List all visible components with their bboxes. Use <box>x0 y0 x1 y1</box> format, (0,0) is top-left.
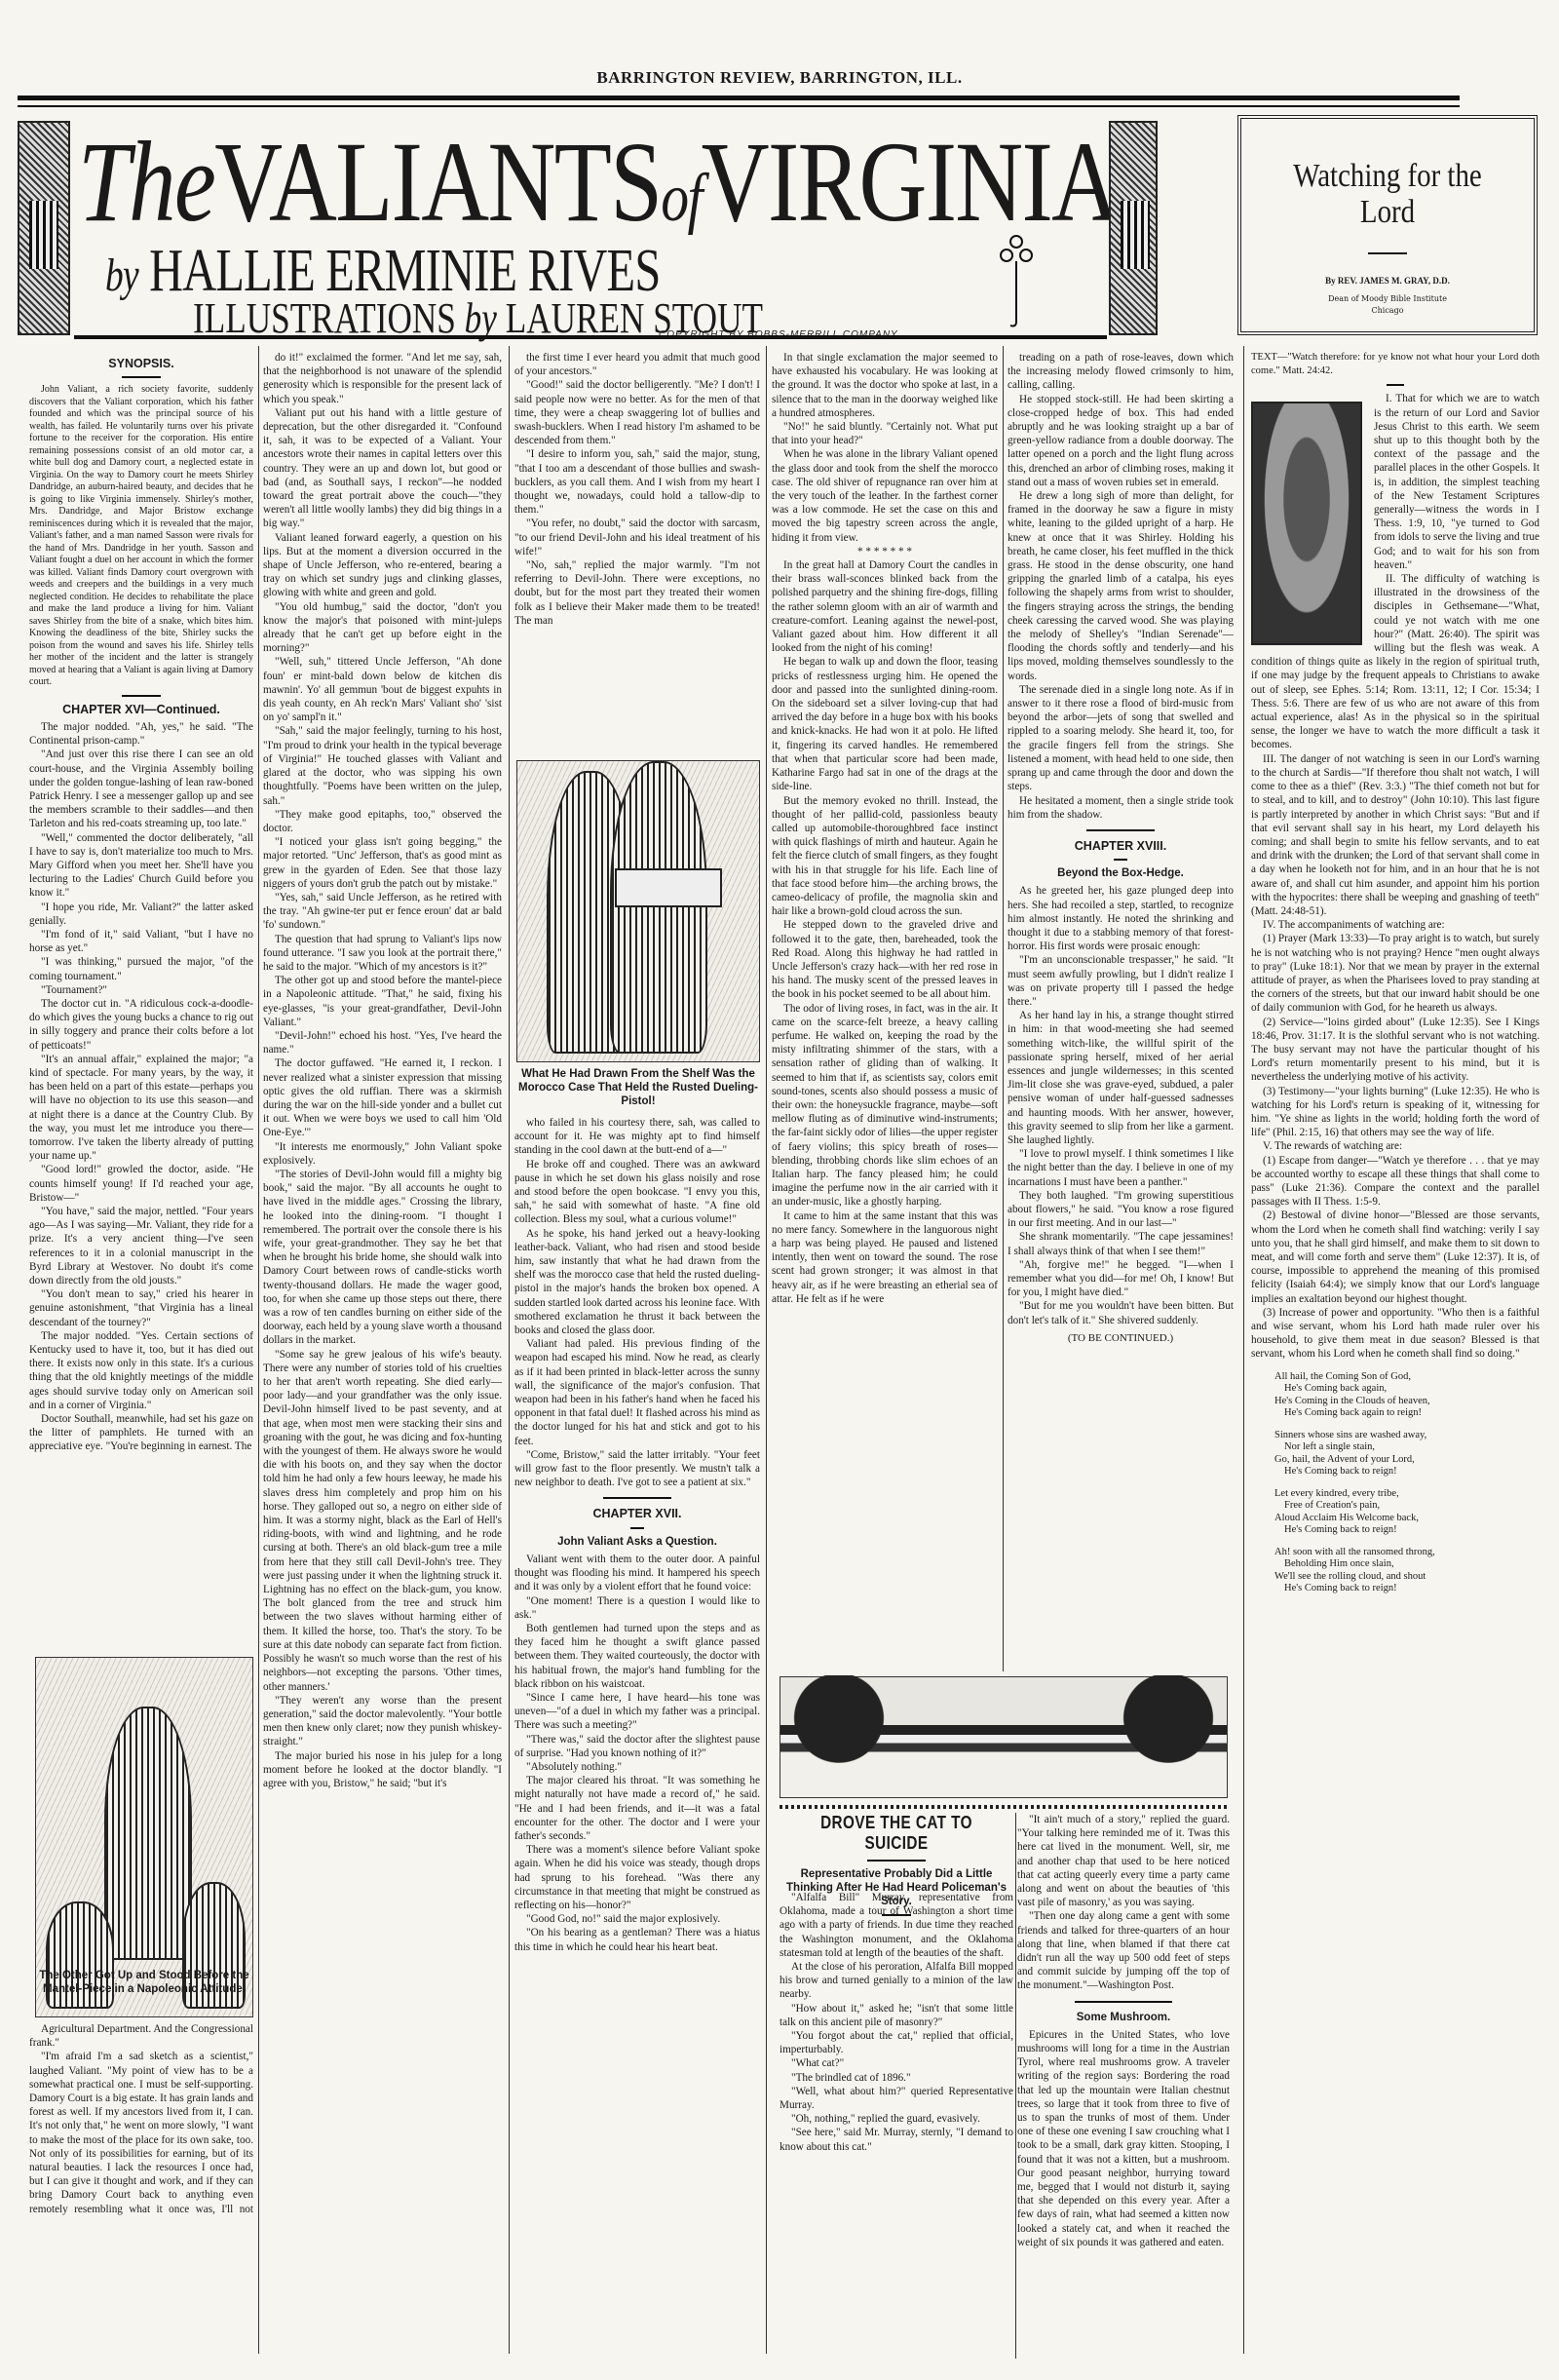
story-title: TheVALIANTSofVIRGINIA <box>78 125 1118 240</box>
masthead-rule <box>74 335 1107 339</box>
synopsis-heading: SYNOPSIS. <box>29 357 253 370</box>
poem-stanza: All hail, the Coming Son of God, He's Co… <box>1274 1371 1540 1420</box>
illustration-caption: What He Had Drawn From the Shelf Was the… <box>516 1067 760 1108</box>
illustration-caption: The Other Got Up and Stood Before the Ma… <box>35 1969 253 1996</box>
header-rule-thin <box>18 105 1460 107</box>
mushroom-article-body: Epicures in the United States, who love … <box>1017 2028 1230 2249</box>
chapter-heading: CHAPTER XVIII. <box>1008 839 1234 853</box>
divider <box>867 1860 926 1862</box>
divider <box>122 376 161 378</box>
story-column-3-top: the first time I ever heard you admit th… <box>514 351 760 755</box>
sermon-author: By REV. JAMES M. GRAY, D.D. <box>1241 276 1534 286</box>
divider <box>122 695 161 697</box>
flower-ornament-icon <box>997 232 1036 329</box>
divider <box>1368 252 1407 254</box>
divider <box>1086 829 1155 831</box>
chapter-subtitle: Beyond the Box-Hedge. <box>1008 866 1234 880</box>
mushroom-article-title: Some Mushroom. <box>1017 2011 1230 2024</box>
column-divider <box>1003 346 1004 1671</box>
column-divider <box>509 346 510 2354</box>
author-portrait <box>1251 402 1362 645</box>
illustration-morocco-case <box>516 760 760 1062</box>
column-divider <box>1243 346 1244 2354</box>
section-break: * * * * * * * <box>772 545 998 558</box>
divider <box>630 1527 644 1529</box>
poem-stanza: Sinners whose sins are washed away, Nor … <box>1274 1430 1540 1478</box>
story-column-1-continued: Agricultural Department. And the Congres… <box>29 2022 253 2217</box>
story-column-2: do it!" exclaimed the former. "And let m… <box>263 351 502 2329</box>
header-rule <box>18 96 1460 100</box>
column-divider <box>258 346 259 2354</box>
page-header: BARRINGTON REVIEW, BARRINGTON, ILL. <box>0 68 1559 88</box>
morocco-case-icon <box>615 868 722 907</box>
sermon-column: TEXT—"Watch therefore: for ye know not w… <box>1251 351 1540 2359</box>
column-divider <box>766 346 767 2354</box>
poem-stanza: Ah! soon with all the ransomed throng, B… <box>1274 1547 1540 1595</box>
divider <box>1387 384 1404 386</box>
cat-article-title: DROVE THE CAT TO SUICIDE <box>797 1813 996 1854</box>
house-illustration-icon <box>1109 121 1158 335</box>
story-masthead: TheVALIANTSofVIRGINIA by HALLIE ERMINIE … <box>18 115 1226 341</box>
divider <box>1114 859 1127 861</box>
chapter-subtitle: John Valiant Asks a Question. <box>514 1535 760 1549</box>
divider <box>1075 2001 1172 2003</box>
story-column-4: In that single exclamation the major see… <box>772 351 998 1667</box>
cat-article-body-continued: "It ain't much of a story," replied the … <box>1017 1813 1230 2359</box>
synopsis-text: John Valiant, a rich society favorite, s… <box>29 384 253 689</box>
sermon-text: TEXT—"Watch therefore: for ye know not w… <box>1251 351 1540 378</box>
sermon-title: Watching for the Lord <box>1264 158 1512 231</box>
sermon-author-role: Dean of Moody Bible Institute Chicago <box>1241 293 1534 317</box>
chapter-heading: CHAPTER XVI—Continued. <box>29 703 253 716</box>
divider <box>603 1497 671 1499</box>
cat-article-body: "Alfalfa Bill" Murray, representative fr… <box>779 1891 1013 2359</box>
to-be-continued: (TO BE CONTINUED.) <box>1008 1331 1234 1345</box>
chapter-heading: CHAPTER XVII. <box>514 1507 760 1520</box>
wavy-divider <box>779 1805 1228 1809</box>
story-column-5: treading on a path of rose-leaves, down … <box>1008 351 1234 1676</box>
hymn-poem: All hail, the Coming Son of God, He's Co… <box>1274 1371 1540 1595</box>
sermon-header-box: Watching for the Lord By REV. JAMES M. G… <box>1237 115 1538 335</box>
column-divider <box>1015 1813 1016 2359</box>
poem-stanza: Let every kindred, every tribe, Free of … <box>1274 1488 1540 1537</box>
tree-icon <box>780 1675 897 1797</box>
tree-icon <box>1110 1675 1227 1797</box>
story-column-3-bottom: who failed in his courtesy there, sah, w… <box>514 1116 760 2363</box>
house-illustration-icon <box>18 121 70 335</box>
landscape-illustration <box>779 1676 1228 1798</box>
illustration-major-at-mantel <box>35 1657 253 2017</box>
